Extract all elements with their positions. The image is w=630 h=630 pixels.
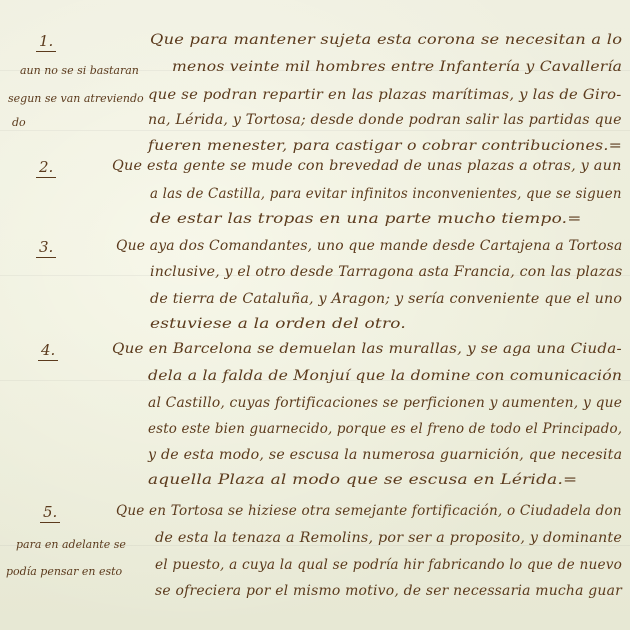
margin-note: do: [12, 116, 26, 129]
text-line: inclusive, y el otro desde Tarragona ast…: [150, 264, 622, 280]
text-line: fueren menester, para castigar o cobrar …: [148, 138, 622, 154]
text-line: de tierra de Cataluña, y Aragon; y sería…: [150, 291, 622, 307]
text-line: que se podran repartir en las plazas mar…: [148, 87, 622, 103]
text-line: de esta la tenaza a Remolins, por ser a …: [155, 530, 622, 546]
text-line: dela a la falda de Monjuí que la domine …: [148, 368, 622, 384]
text-line: estuviese a la orden del otro.: [150, 316, 406, 332]
text-line: Que en Tortosa se hiziese otra semejante…: [116, 503, 622, 519]
text-line: se ofreciera por el mismo motivo, de ser…: [155, 583, 622, 599]
text-line: aquella Plaza al modo que se escusa en L…: [148, 472, 577, 488]
section-number: 4.: [38, 341, 58, 361]
text-line: el puesto, a cuya la qual se podría hir …: [155, 557, 622, 573]
margin-note: podía pensar en esto: [6, 565, 122, 578]
text-line: Que en Barcelona se demuelan las muralla…: [112, 341, 622, 357]
section-number: 1.: [36, 32, 56, 52]
text-line: Que para mantener sujeta esta corona se …: [150, 32, 622, 48]
margin-note: segun se van atreviendo: [8, 92, 144, 105]
manuscript-page: 1. Que para mantener sujeta esta corona …: [0, 0, 630, 630]
text-line: menos veinte mil hombres entre Infanterí…: [172, 59, 622, 75]
text-line: y de esta modo, se escusa la numerosa gu…: [148, 447, 622, 463]
margin-note: para en adelante se: [16, 538, 126, 551]
margin-note: aun no se si bastaran: [20, 64, 139, 77]
text-line: de estar las tropas en una parte mucho t…: [150, 211, 582, 227]
section-number: 2.: [36, 158, 56, 178]
text-line: na, Lérida, y Tortosa; desde donde podra…: [148, 112, 622, 128]
text-line: Que esta gente se mude con brevedad de u…: [112, 158, 622, 174]
section-number: 3.: [36, 238, 56, 258]
bleed-line: [0, 130, 630, 131]
text-line: al Castillo, cuyas fortificaciones se pe…: [148, 395, 622, 411]
text-line: esto este bien guarnecido, porque es el …: [148, 421, 622, 437]
text-line: Que aya dos Comandantes, uno que mande d…: [116, 238, 622, 254]
section-number: 5.: [40, 503, 60, 523]
text-line: a las de Castilla, para evitar infinitos…: [150, 186, 622, 202]
